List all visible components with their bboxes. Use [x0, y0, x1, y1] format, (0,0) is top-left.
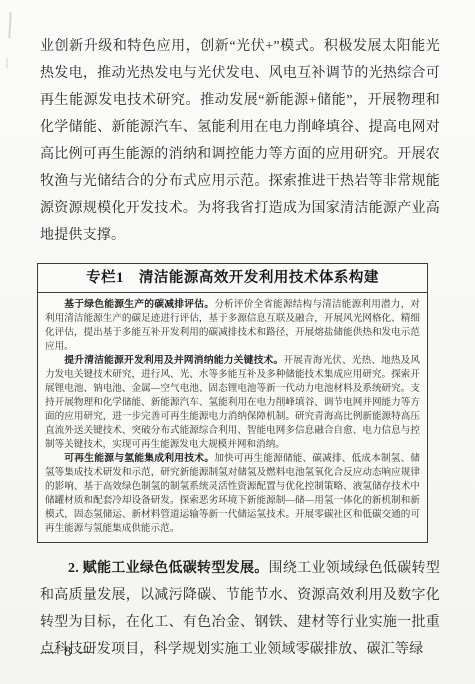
column-box-title: 专栏1 清洁能源高效开发利用技术体系构建	[38, 264, 427, 293]
page-number: — 8 —	[42, 644, 96, 661]
box-paragraph: 基于绿色能源生产的碳减排评估。分析评价全省能源结构与清洁能源利用潜力，对利用清洁…	[45, 298, 420, 354]
scan-artifact	[6, 58, 8, 68]
box-paragraph-lead: 基于绿色能源生产的碳减排评估。	[64, 299, 214, 310]
box-paragraph-lead: 提升清洁能源开发利用及并网消纳能力关键技术。	[64, 355, 283, 366]
column-box: 专栏1 清洁能源高效开发利用技术体系构建 基于绿色能源生产的碳减排评估。分析评价…	[37, 263, 428, 543]
box-paragraph-text: 开展青海光伏、光热、地热及风力发电关键技术研究，进行风、光、水等多能互补及多种储…	[45, 355, 420, 450]
box-paragraph: 提升清洁能源开发利用及并网消纳能力关键技术。开展青海光伏、光热、地热及风力发电关…	[45, 354, 420, 452]
box-paragraph: 可再生能源与氢能集成利用技术。加快可再生能源储能、碳减排、低成本制氢、储氢等集成…	[45, 452, 420, 536]
text-column: 业创新升级和特色应用，创新“光伏+”模式。积极发展太阳能光热发电，推动光热发电与…	[40, 33, 440, 663]
body-paragraph-continuation: 业创新升级和特色应用，创新“光伏+”模式。积极发展太阳能光热发电，推动光热发电与…	[40, 33, 440, 249]
document-page: 业创新升级和特色应用，创新“光伏+”模式。积极发展太阳能光热发电，推动光热发电与…	[0, 0, 475, 684]
column-box-body: 基于绿色能源生产的碳减排评估。分析评价全省能源结构与清洁能源利用潜力，对利用清洁…	[38, 293, 427, 542]
box-paragraph-lead: 可再生能源与氢能集成利用技术。	[64, 453, 214, 464]
body-paragraph-item2: 2. 赋能工业绿色低碳转型发展。围绕工业领域绿色低碳转型和高质量发展，以减污降碳…	[40, 555, 440, 663]
box-paragraph-text: 加快可再生能源储能、碳减排、低成本制氢、储氢等集成技术研发和示范，研究新能源制氢…	[45, 453, 420, 534]
scan-artifact	[8, 12, 11, 38]
body-paragraph-item2-lead: 2. 赋能工业绿色低碳转型发展。	[68, 561, 269, 576]
